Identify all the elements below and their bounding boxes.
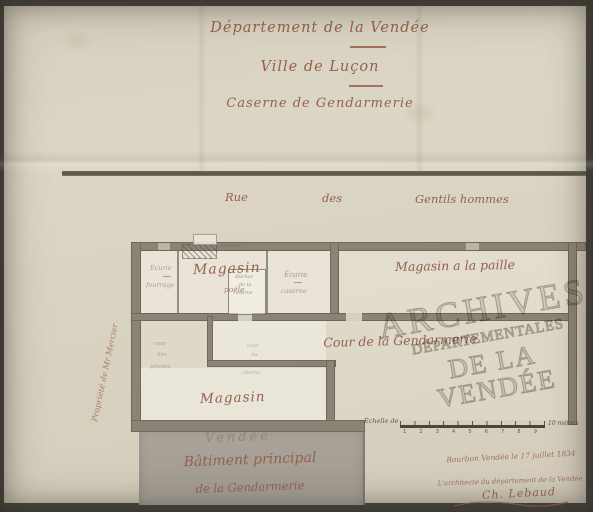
label-notch-line1: cour	[247, 343, 258, 349]
street-name-des: des	[322, 191, 342, 205]
label-separator	[294, 282, 302, 283]
label-stair-note: montée	[220, 243, 241, 249]
wall-left-boundary	[131, 242, 141, 432]
label-notch-line3: citerne	[242, 370, 260, 376]
scanned-plan: Département de la Vendée Ville de Luçon …	[0, 0, 593, 512]
scale-tick-number: 6	[485, 429, 488, 435]
label-bucher-line1: Bûcher	[235, 274, 253, 280]
label-separator	[163, 276, 171, 277]
wall-notch-bottom	[207, 360, 336, 367]
title-underline	[349, 85, 383, 87]
signature-flourish	[452, 499, 572, 509]
label-stable-left-line2: fourrage	[146, 281, 175, 289]
label-stable-right-line1: Écurie	[284, 271, 307, 279]
partition-wall	[266, 251, 268, 313]
scale-tick-number: 7	[501, 429, 504, 435]
title-department: Département de la Vendée	[160, 20, 480, 36]
street-name-rue: Rue	[225, 190, 248, 204]
scale-tick-number: 8	[517, 429, 520, 435]
scale-tick-number: 2	[419, 429, 422, 435]
label-small-court-line2: des	[157, 352, 167, 358]
street-porch	[193, 234, 217, 245]
title-underline	[350, 46, 386, 48]
scale-bar	[400, 425, 545, 428]
scale-tick-number: 4	[452, 429, 455, 435]
door-opening	[346, 313, 362, 321]
street-edge-line	[62, 171, 586, 176]
scale-tick-number: 5	[468, 429, 471, 435]
window-mark	[466, 243, 479, 250]
label-magasin-lower: Magasin	[200, 389, 266, 407]
wall-block-divider	[330, 242, 339, 321]
label-bucher-line2: de la	[239, 282, 251, 288]
scale-tick-number: 9	[534, 429, 537, 435]
label-notch-line2: du	[251, 352, 257, 358]
pencil-note: Vendée	[205, 429, 271, 446]
window-mark	[158, 243, 170, 250]
title-town: Ville de Luçon	[160, 59, 480, 75]
scale-numbers: 1 2 3 4 5 6 7 8 9	[403, 429, 537, 435]
scale-tick-number: 1	[403, 429, 406, 435]
label-hay-store: Magasin a la paille	[370, 257, 540, 275]
street-name-gentilshommes: Gentils hommes	[415, 192, 509, 206]
scale-tick-number: 3	[436, 429, 439, 435]
staircase-hatch	[182, 244, 217, 259]
label-small-court-line1: cour	[154, 341, 167, 347]
partition-wall	[177, 251, 179, 313]
wall-notch-right	[326, 360, 335, 428]
scale-unit: 10 mètres	[548, 420, 579, 427]
label-bucher-line3: caserne	[233, 290, 253, 296]
wall-notch-left	[207, 316, 213, 365]
title-caserne: Caserne de Gendarmerie	[160, 96, 480, 111]
label-small-court-line3: prisons	[150, 364, 170, 370]
label-stable-left-line1: Écurie	[150, 264, 172, 272]
label-stable-right-line2: caserne	[281, 287, 307, 295]
